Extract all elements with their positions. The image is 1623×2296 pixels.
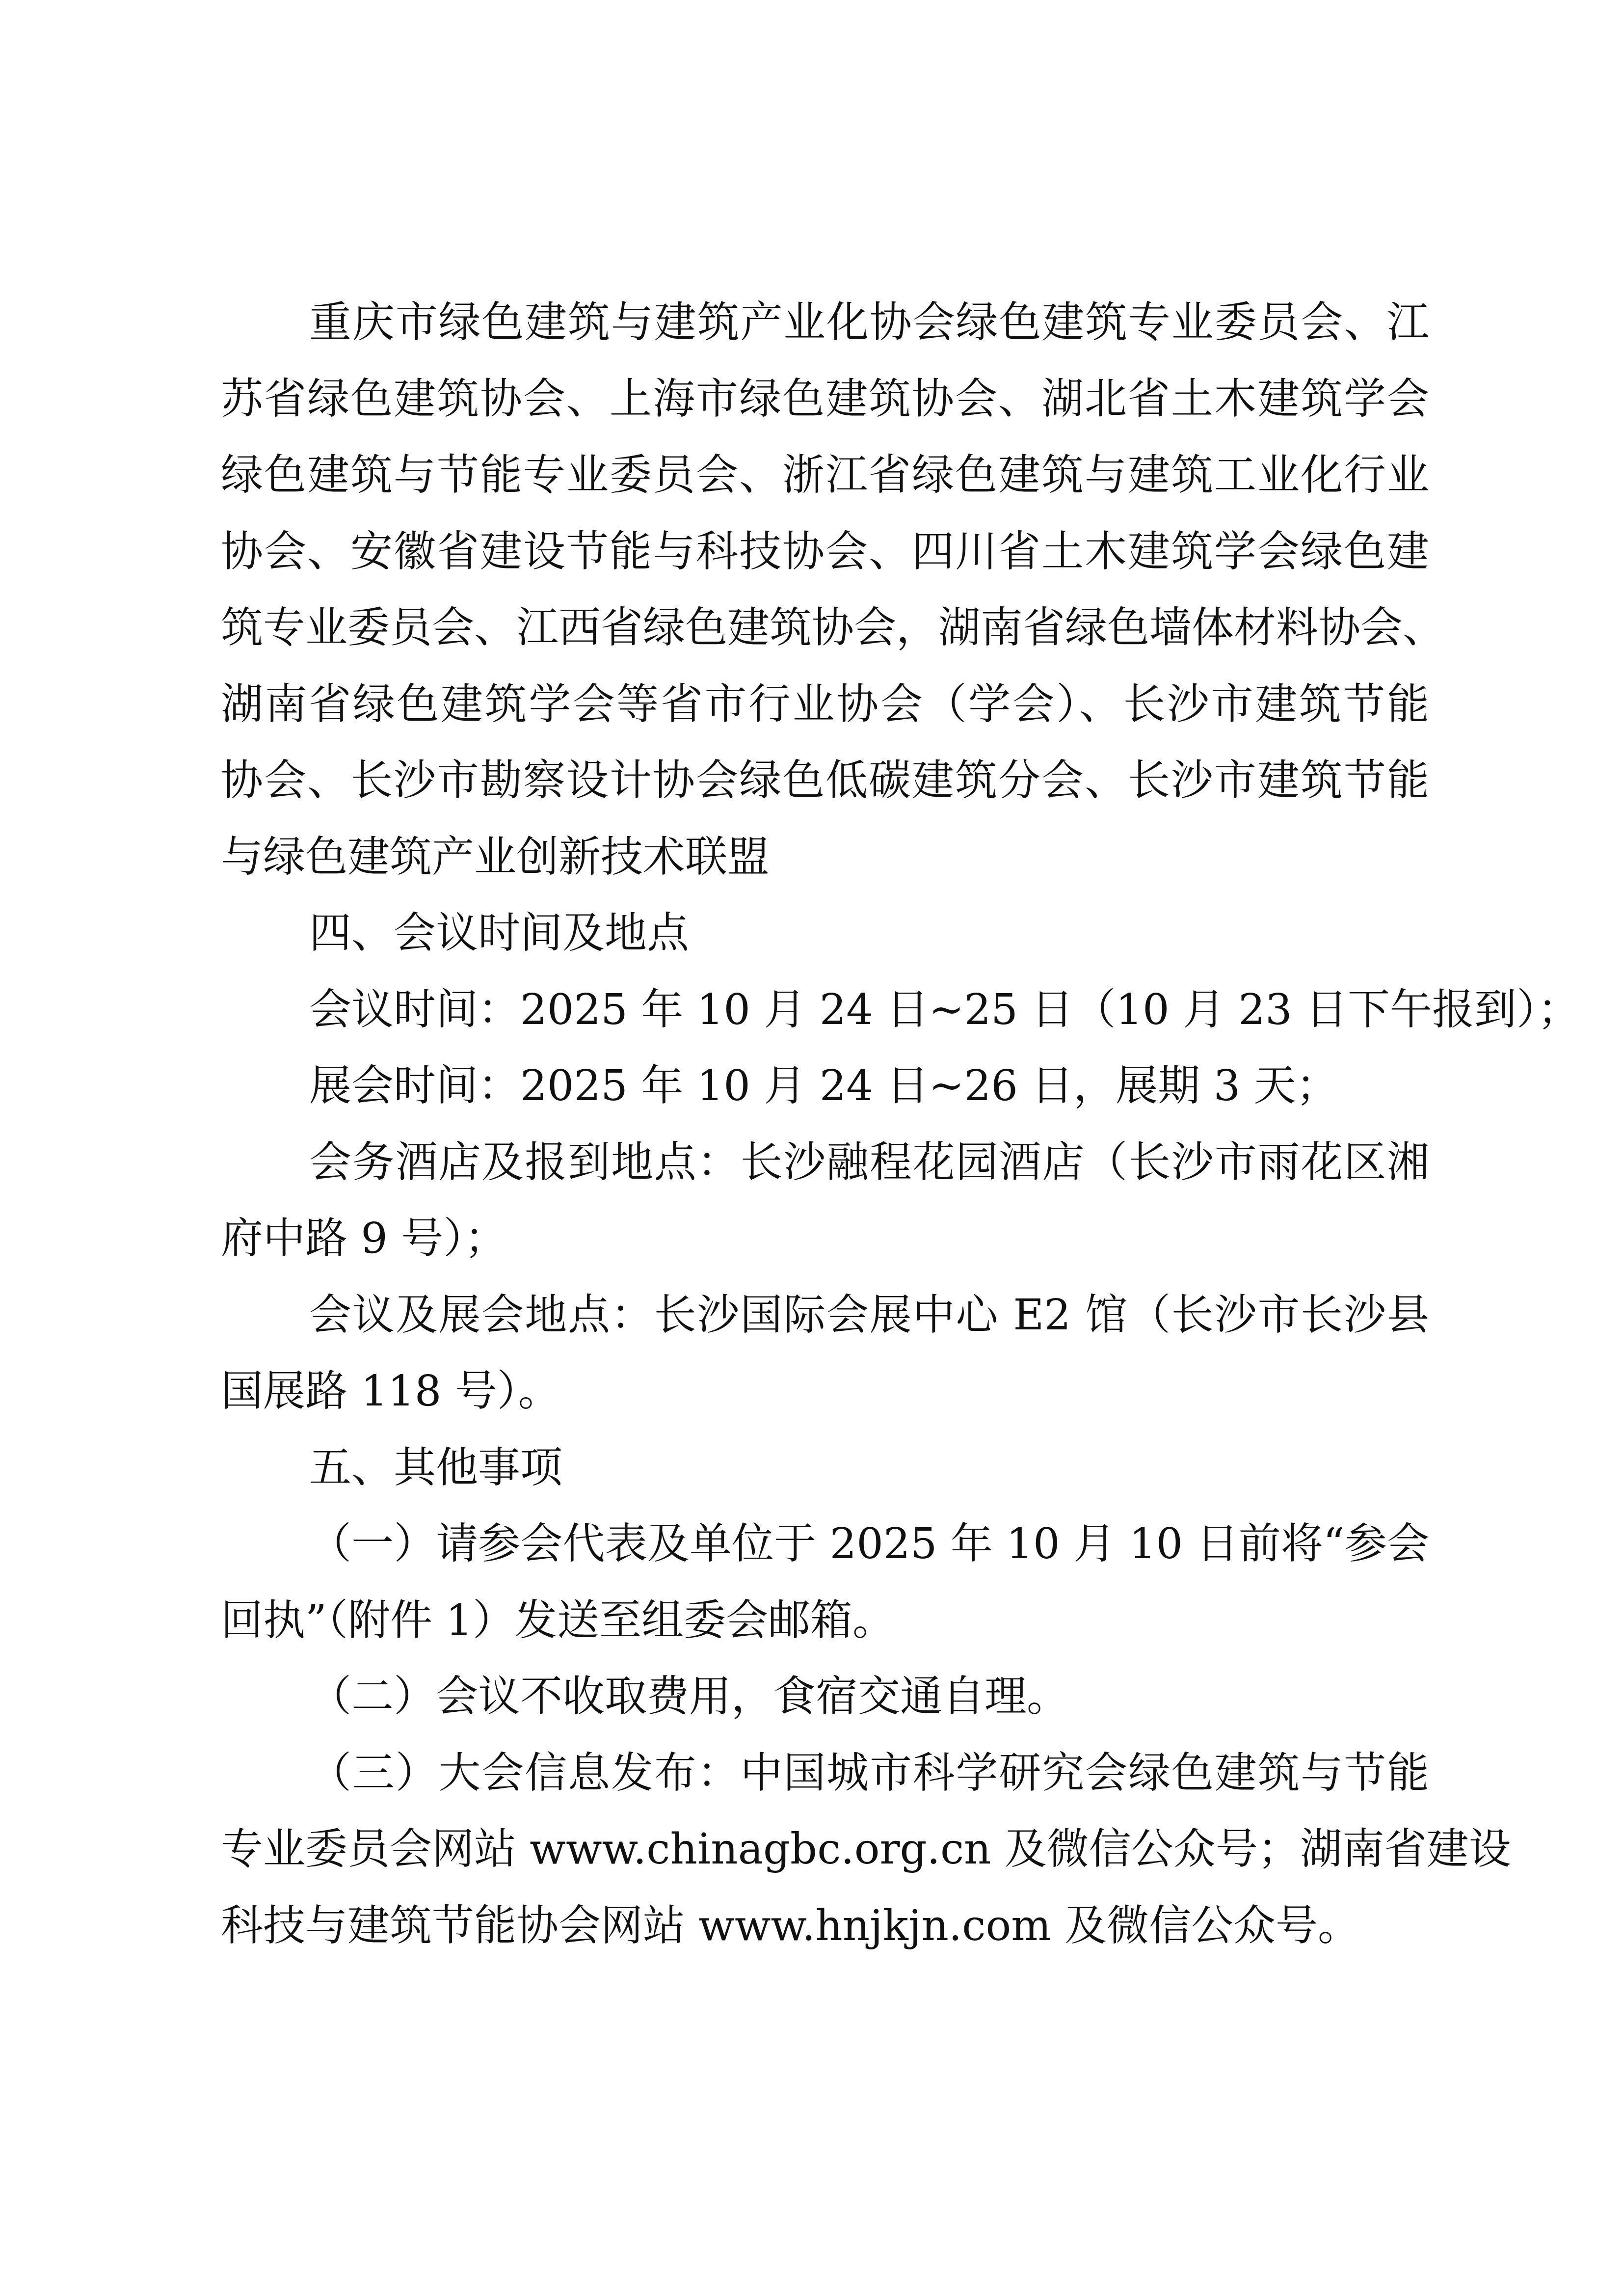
text-line: 湖南省绿色建筑学会等省市行业协会（学会）、长沙市建筑节能	[221, 667, 1429, 743]
hotel-location-line: 府中路 9 号）；	[221, 1201, 1429, 1277]
text-line: 绿色建筑与节能专业委员会、浙江省绿色建筑与建筑工业化行业	[221, 437, 1429, 514]
text-line: 与绿色建筑产业创新技术联盟	[221, 819, 1429, 896]
item-1-line: 回执”（附件 1）发送至组委会邮箱。	[221, 1583, 1429, 1659]
item-3-line: 专业委员会网站 www.chinagbc.org.cn 及微信公众号；湖南省建设	[221, 1811, 1429, 1888]
text-line: 筑专业委员会、江西省绿色建筑协会，湖南省绿色墙体材料协会、	[221, 590, 1429, 667]
text-line: 协会、长沙市勘察设计协会绿色低碳建筑分会、长沙市建筑节能	[221, 743, 1429, 819]
text-line: 重庆市绿色建筑与建筑产业化协会绿色建筑专业委员会、江	[221, 285, 1429, 361]
item-1-line: （一）请参会代表及单位于 2025 年 10 月 10 日前将“参会	[221, 1506, 1429, 1583]
document-page: 重庆市绿色建筑与建筑产业化协会绿色建筑专业委员会、江 苏省绿色建筑协会、上海市绿…	[221, 285, 1429, 1964]
item-2: （二）会议不收取费用，食宿交通自理。	[221, 1659, 1429, 1735]
hotel-location-line: 会务酒店及报到地点：长沙融程花园酒店（长沙市雨花区湘	[221, 1125, 1429, 1201]
venue-location-line: 会议及展会地点：长沙国际会展中心 E2 馆（长沙市长沙县	[221, 1277, 1429, 1354]
meeting-time: 会议时间：2025 年 10 月 24 日~25 日（10 月 23 日下午报到…	[221, 972, 1429, 1049]
exhibition-time: 展会时间：2025 年 10 月 24 日~26 日，展期 3 天；	[221, 1048, 1429, 1125]
item-3-line: （三）大会信息发布：中国城市科学研究会绿色建筑与节能	[221, 1735, 1429, 1812]
organizers-paragraph: 重庆市绿色建筑与建筑产业化协会绿色建筑专业委员会、江 苏省绿色建筑协会、上海市绿…	[221, 285, 1429, 895]
section-4: 四、会议时间及地点 会议时间：2025 年 10 月 24 日~25 日（10 …	[221, 895, 1429, 1430]
text-line: 苏省绿色建筑协会、上海市绿色建筑协会、湖北省土木建筑学会	[221, 361, 1429, 438]
section-heading: 五、其他事项	[221, 1430, 1429, 1507]
section-5: 五、其他事项 （一）请参会代表及单位于 2025 年 10 月 10 日前将“参…	[221, 1430, 1429, 1965]
section-heading: 四、会议时间及地点	[221, 895, 1429, 972]
text-line: 协会、安徽省建设节能与科技协会、四川省土木建筑学会绿色建	[221, 514, 1429, 591]
item-3-line: 科技与建筑节能协会网站 www.hnjkjn.com 及微信公众号。	[221, 1888, 1429, 1965]
venue-location-line: 国展路 118 号）。	[221, 1353, 1429, 1430]
